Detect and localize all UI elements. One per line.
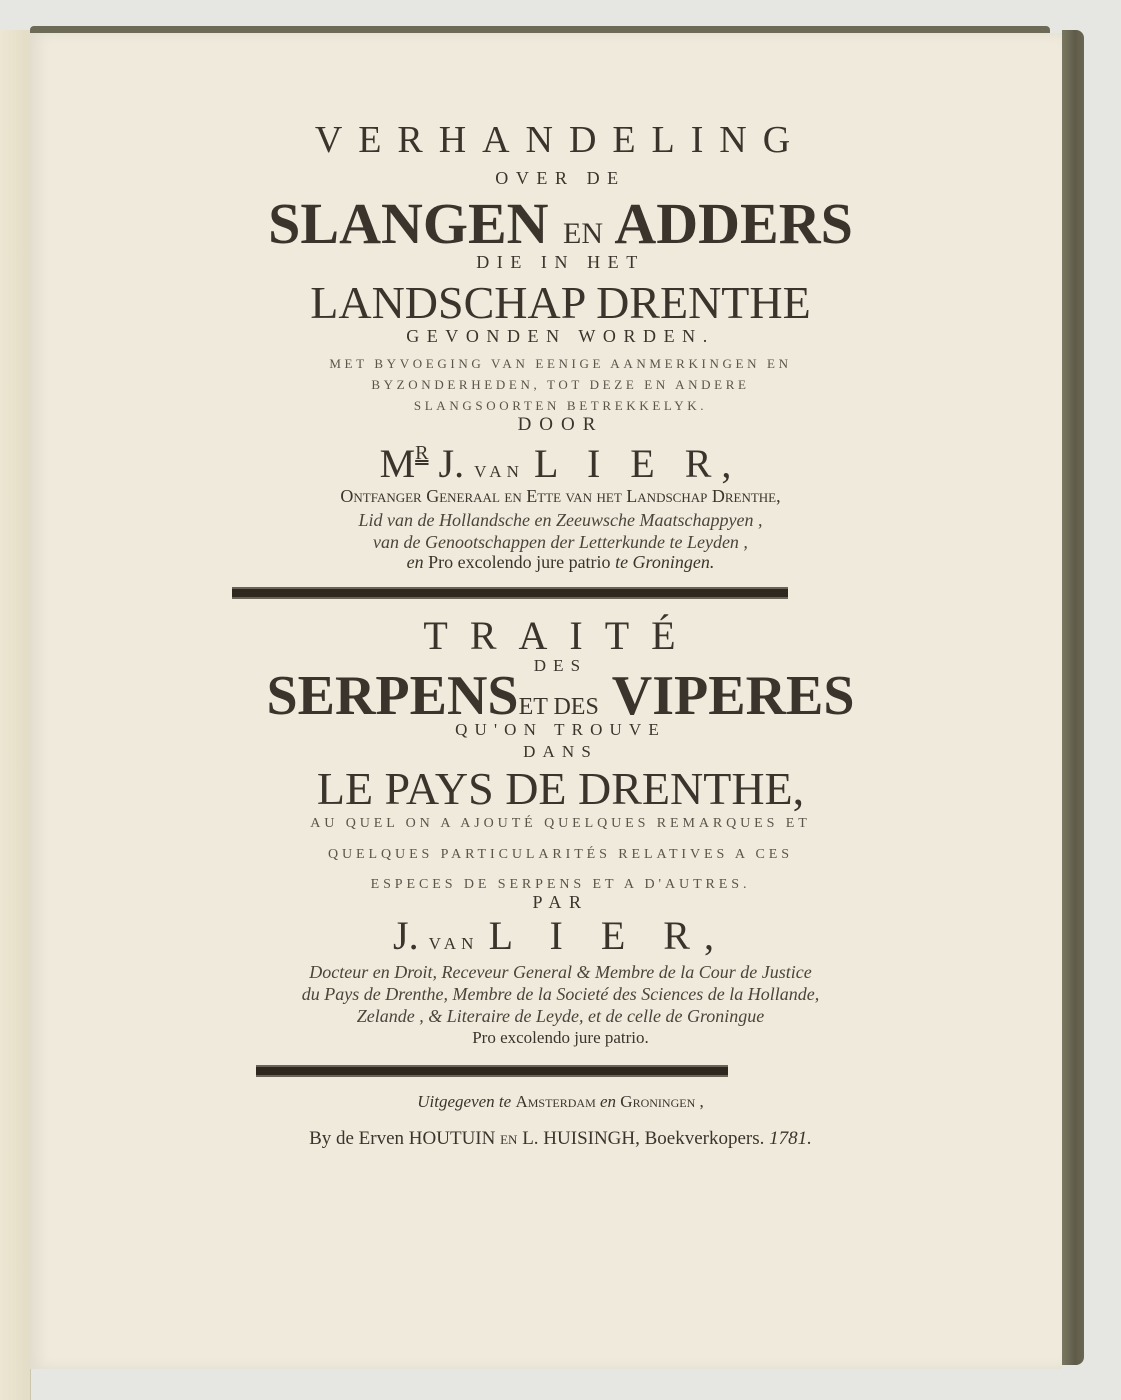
dutch-over-de: OVER DE	[0, 168, 1121, 189]
french-author: J. VAN L I E R,	[0, 912, 1121, 959]
dutch-gevonden-worden: GEVONDEN WORDEN.	[0, 326, 1121, 347]
author-prefix: M	[380, 441, 416, 486]
dutch-subtitle-2: BYZONDERHEDEN, TOT DEZE EN ANDERE	[0, 377, 1121, 393]
french-subtitle-2: QUELQUES PARTICULARITÉS RELATIVES A CES	[0, 847, 1121, 863]
french-viperes: VIPERES	[612, 665, 855, 727]
imprint-year: 1781.	[769, 1128, 812, 1149]
imprint-line-1: Uitgegeven te Amsterdam en Groningen ,	[0, 1092, 1121, 1112]
author-initial: J.	[393, 913, 419, 958]
imprint-en-2: en	[500, 1128, 517, 1149]
dutch-slangen: SLANGEN	[268, 191, 548, 256]
french-et-des: ET DES	[519, 694, 599, 720]
divider-rule-1	[232, 587, 788, 599]
french-subtitle-1: AU QUEL ON A AJOUTÉ QUELQUES REMARQUES E…	[0, 816, 1121, 832]
french-credit-2: du Pays de Drenthe, Membre de la Societé…	[0, 984, 1121, 1005]
imprint-line-2: By de Erven HOUTUIN en L. HUISINGH, Boek…	[0, 1128, 1121, 1150]
dutch-subtitle-1: MET BYVOEGING VAN EENIGE AANMERKINGEN EN	[0, 356, 1121, 372]
french-main-title: SERPENSET DES VIPERES	[0, 664, 1121, 728]
author-prefix-sup: R	[415, 442, 428, 464]
dutch-author-title: Ontfanger Generaal en Ette van het Lands…	[0, 486, 1121, 507]
imprint-groningen: Groningen ,	[620, 1092, 703, 1111]
author-initial: J.	[439, 441, 465, 486]
author-name: L I E R,	[534, 441, 741, 486]
dutch-landschap-drenthe: LANDSCHAP DRENTHE	[0, 276, 1121, 329]
french-credit-4: Pro excolendo jure patrio.	[0, 1028, 1121, 1048]
divider-rule-2	[256, 1065, 728, 1077]
dutch-membership-2: van de Genootschappen der Letterkunde te…	[0, 532, 1121, 553]
member3-pro: Pro excolendo jure patrio	[428, 552, 610, 572]
member3-en: en	[407, 552, 424, 572]
dutch-membership-1: Lid van de Hollandsche en Zeeuwsche Maat…	[0, 510, 1121, 531]
author-name: L I E R,	[489, 913, 728, 958]
dutch-author: MR J. VAN L I E R,	[0, 440, 1121, 487]
french-credit-1: Docteur en Droit, Receveur General & Mem…	[0, 962, 1121, 983]
french-serpens: SERPENS	[266, 665, 518, 727]
french-title-traite: TRAITÉ	[0, 612, 1121, 659]
member3-groningen: te Groningen.	[615, 552, 714, 572]
french-le-pays-de-drenthe: LE PAYS DE DRENTHE,	[0, 762, 1121, 815]
dutch-en: EN	[563, 217, 603, 250]
author-van: VAN	[474, 462, 524, 481]
dutch-main-title: SLANGEN EN ADDERS	[0, 190, 1121, 257]
imprint-publisher-2: L. HUISINGH, Boekverkopers.	[522, 1128, 764, 1149]
imprint-amsterdam: Amsterdam	[515, 1092, 595, 1111]
imprint-publisher-1: By de Erven HOUTUIN	[309, 1128, 495, 1149]
french-subtitle-3: ESPECES DE SERPENS ET A D'AUTRES.	[0, 877, 1121, 893]
french-quon-trouve: QU'ON TROUVE	[0, 720, 1121, 740]
dutch-membership-3: en Pro excolendo jure patrio te Groninge…	[0, 552, 1121, 573]
french-par: PAR	[0, 892, 1121, 913]
dutch-die-in-het: DIE IN HET	[0, 252, 1121, 273]
dutch-title-verhandeling: VERHANDELING	[0, 118, 1121, 162]
dutch-subtitle-3: SLANGSOORTEN BETREKKELYK.	[0, 398, 1121, 414]
imprint-en: en	[600, 1092, 616, 1111]
french-credit-3: Zelande , & Literaire de Leyde, et de ce…	[0, 1006, 1121, 1027]
imprint-uitgegeven: Uitgegeven te	[417, 1092, 511, 1111]
author-van: VAN	[429, 934, 479, 953]
dutch-adders: ADDERS	[614, 191, 853, 256]
dutch-door: DOOR	[0, 414, 1121, 436]
french-dans: DANS	[0, 742, 1121, 762]
